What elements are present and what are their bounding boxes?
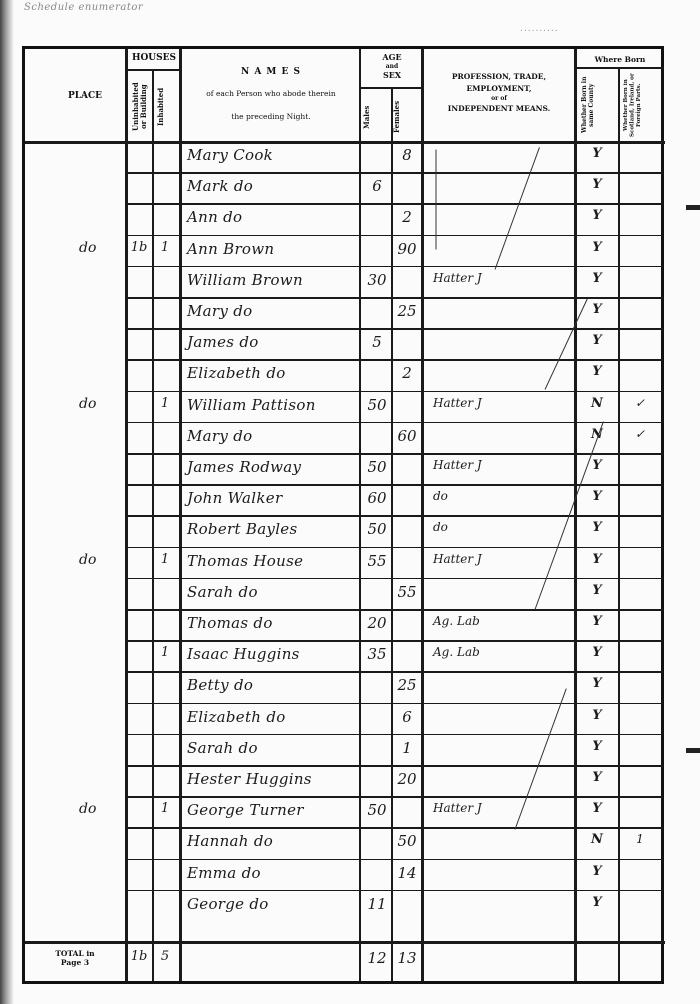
male-age-cell: 50 bbox=[362, 396, 392, 414]
inhabited-cell: 1 bbox=[153, 645, 177, 660]
header-sex: SEX bbox=[361, 71, 423, 80]
name-cell: Ann Brown bbox=[187, 240, 274, 258]
name-cell: Mark do bbox=[187, 177, 253, 195]
female-age-cell: 8 bbox=[392, 146, 422, 164]
male-age-cell: 50 bbox=[362, 458, 392, 476]
female-age-cell: 2 bbox=[392, 364, 422, 382]
total-inhabited: 5 bbox=[153, 949, 177, 964]
row-rule bbox=[125, 391, 663, 393]
born-same-county-cell: Y bbox=[577, 489, 617, 504]
column-rule bbox=[152, 71, 154, 981]
male-age-cell: 50 bbox=[362, 801, 392, 819]
row-rule bbox=[125, 515, 663, 517]
row-rule bbox=[125, 796, 663, 798]
margin-mark bbox=[686, 205, 700, 210]
female-age-cell: 20 bbox=[392, 770, 422, 788]
male-age-cell: 35 bbox=[362, 645, 392, 663]
header-profession-line1: PROFESSION, TRADE, bbox=[423, 71, 575, 83]
page-edge-shadow bbox=[0, 0, 14, 1004]
row-rule bbox=[125, 172, 663, 174]
male-age-cell: 55 bbox=[362, 552, 392, 570]
margin-mark bbox=[686, 748, 700, 753]
inhabited-cell: 1 bbox=[153, 240, 177, 255]
pencil-stroke bbox=[495, 147, 540, 270]
name-cell: George do bbox=[187, 895, 269, 913]
header-males: Males bbox=[363, 97, 391, 137]
row-rule bbox=[125, 297, 663, 299]
born-same-county-cell: Y bbox=[577, 895, 617, 910]
name-cell: George Turner bbox=[187, 801, 304, 819]
header-age: AGE bbox=[361, 53, 423, 62]
born-same-county-cell: Y bbox=[577, 739, 617, 754]
name-cell: Hannah do bbox=[187, 832, 273, 850]
total-label: TOTAL in Page 3 bbox=[35, 949, 115, 967]
female-age-cell: 1 bbox=[392, 739, 422, 757]
inhabited-cell: 1 bbox=[153, 552, 177, 567]
name-cell: William Brown bbox=[187, 271, 303, 289]
female-age-cell: 90 bbox=[392, 240, 422, 258]
row-rule bbox=[125, 640, 663, 642]
pencil-stroke bbox=[436, 150, 437, 250]
born-same-county-cell: Y bbox=[577, 770, 617, 785]
place-cell: do bbox=[79, 396, 96, 412]
place-cell: do bbox=[79, 552, 96, 568]
occupation-cell: Ag. Lab bbox=[433, 645, 480, 659]
row-rule bbox=[359, 87, 423, 89]
header-born-foreign: Whether Born in Scotland, Ireland, or Fo… bbox=[623, 71, 661, 139]
row-rule bbox=[125, 671, 663, 673]
female-age-cell: 6 bbox=[392, 708, 422, 726]
total-females: 13 bbox=[392, 949, 422, 967]
female-age-cell: 2 bbox=[392, 208, 422, 226]
male-age-cell: 6 bbox=[362, 177, 392, 195]
header-uninhabited: Uninhabited or Building bbox=[132, 79, 150, 135]
name-cell: Ann do bbox=[187, 208, 242, 226]
occupation-cell: Hatter J bbox=[433, 458, 482, 472]
name-cell: Mary Cook bbox=[187, 146, 273, 164]
total-males: 12 bbox=[362, 949, 392, 967]
born-same-county-cell: Y bbox=[577, 520, 617, 535]
uninhabited-cell: 1b bbox=[127, 240, 151, 255]
pencil-stroke bbox=[515, 688, 567, 829]
row-rule bbox=[125, 69, 181, 71]
place-cell: do bbox=[79, 801, 96, 817]
header-place: PLACE bbox=[45, 91, 125, 101]
name-cell: Thomas House bbox=[187, 552, 303, 570]
total-label-line1: TOTAL in bbox=[35, 949, 115, 958]
female-age-cell: 25 bbox=[392, 676, 422, 694]
male-age-cell: 60 bbox=[362, 489, 392, 507]
row-rule bbox=[125, 203, 663, 205]
row-rule bbox=[125, 609, 663, 611]
header-age-sex: AGE and SEX bbox=[361, 53, 423, 80]
name-cell: Mary do bbox=[187, 427, 252, 445]
born-foreign-cell: 1 bbox=[625, 832, 655, 846]
row-rule bbox=[125, 484, 663, 486]
born-same-county-cell: Y bbox=[577, 146, 617, 161]
row-rule bbox=[125, 703, 663, 705]
row-rule bbox=[25, 941, 665, 944]
born-same-county-cell: Y bbox=[577, 583, 617, 598]
born-same-county-cell: Y bbox=[577, 177, 617, 192]
header-houses: HOUSES bbox=[127, 53, 181, 63]
born-foreign-cell: ✓ bbox=[625, 427, 655, 441]
row-rule bbox=[125, 859, 663, 861]
name-cell: Emma do bbox=[187, 864, 261, 882]
born-same-county-cell: Y bbox=[577, 364, 617, 379]
female-age-cell: 14 bbox=[392, 864, 422, 882]
born-same-county-cell: Y bbox=[577, 708, 617, 723]
born-same-county-cell: Y bbox=[577, 552, 617, 567]
name-cell: Mary do bbox=[187, 302, 252, 320]
name-cell: Betty do bbox=[187, 676, 253, 694]
header-names-title: N A M E S bbox=[183, 67, 359, 77]
inhabited-cell: 1 bbox=[153, 801, 177, 816]
name-cell: James Rodway bbox=[187, 458, 301, 476]
row-rule bbox=[125, 328, 663, 330]
row-rule bbox=[125, 765, 663, 767]
census-sheet: PLACE HOUSES Uninhabited or Building Inh… bbox=[22, 46, 664, 984]
header-inhabited: Inhabited bbox=[157, 79, 173, 135]
born-same-county-cell: Y bbox=[577, 240, 617, 255]
row-rule bbox=[25, 141, 665, 144]
occupation-cell: Hatter J bbox=[433, 271, 482, 285]
name-cell: Isaac Huggins bbox=[187, 645, 300, 663]
row-rule bbox=[125, 235, 663, 237]
born-same-county-cell: Y bbox=[577, 271, 617, 286]
female-age-cell: 50 bbox=[392, 832, 422, 850]
occupation-cell: Hatter J bbox=[433, 396, 482, 410]
header-profession-line3: or of bbox=[423, 95, 575, 103]
top-mark: .......... bbox=[520, 24, 559, 34]
born-same-county-cell: Y bbox=[577, 458, 617, 473]
occupation-cell: do bbox=[433, 520, 448, 534]
born-same-county-cell: Y bbox=[577, 864, 617, 879]
row-rule bbox=[125, 359, 663, 361]
female-age-cell: 55 bbox=[392, 583, 422, 601]
row-rule bbox=[125, 453, 663, 455]
occupation-cell: Hatter J bbox=[433, 801, 482, 815]
inhabited-cell: 1 bbox=[153, 396, 177, 411]
name-cell: Elizabeth do bbox=[187, 364, 286, 382]
total-label-line2: Page 3 bbox=[35, 958, 115, 967]
row-rule bbox=[125, 734, 663, 736]
row-rule bbox=[125, 578, 663, 580]
row-rule bbox=[125, 827, 663, 829]
born-same-county-cell: Y bbox=[577, 645, 617, 660]
header-where-born: Where Born bbox=[577, 55, 663, 64]
female-age-cell: 60 bbox=[392, 427, 422, 445]
male-age-cell: 30 bbox=[362, 271, 392, 289]
female-age-cell: 25 bbox=[392, 302, 422, 320]
place-cell: do bbox=[79, 240, 96, 256]
occupation-cell: Ag. Lab bbox=[433, 614, 480, 628]
born-same-county-cell: Y bbox=[577, 208, 617, 223]
header-females: Females bbox=[393, 97, 421, 137]
total-uninhabited: 1b bbox=[127, 949, 151, 964]
occupation-cell: do bbox=[433, 489, 448, 503]
born-same-county-cell: N bbox=[577, 396, 617, 411]
name-cell: John Walker bbox=[187, 489, 282, 507]
row-rule bbox=[574, 67, 664, 69]
born-same-county-cell: Y bbox=[577, 676, 617, 691]
born-same-county-cell: Y bbox=[577, 333, 617, 348]
header-profession-line2: EMPLOYMENT, bbox=[423, 83, 575, 95]
male-age-cell: 5 bbox=[362, 333, 392, 351]
name-cell: Robert Bayles bbox=[187, 520, 297, 538]
male-age-cell: 20 bbox=[362, 614, 392, 632]
male-age-cell: 50 bbox=[362, 520, 392, 538]
corner-note: Schedule enumerator bbox=[24, 2, 143, 13]
row-rule bbox=[125, 890, 663, 892]
header-names-sub1: of each Person who abode therein bbox=[183, 89, 359, 98]
row-rule bbox=[125, 422, 663, 424]
born-same-county-cell: N bbox=[577, 832, 617, 847]
name-cell: Elizabeth do bbox=[187, 708, 286, 726]
born-same-county-cell: Y bbox=[577, 614, 617, 629]
column-rule bbox=[618, 69, 620, 981]
column-rule bbox=[391, 87, 393, 981]
name-cell: Sarah do bbox=[187, 739, 258, 757]
header-born-same-county: Whether Born in same County bbox=[581, 71, 619, 139]
header-profession-line4: INDEPENDENT MEANS. bbox=[423, 103, 575, 115]
name-cell: Thomas do bbox=[187, 614, 273, 632]
name-cell: James do bbox=[187, 333, 259, 351]
name-cell: William Pattison bbox=[187, 396, 316, 414]
name-cell: Sarah do bbox=[187, 583, 258, 601]
header-names-sub2: the preceding Night. bbox=[183, 112, 359, 121]
row-rule bbox=[125, 266, 663, 268]
row-rule bbox=[125, 547, 663, 549]
name-cell: Hester Huggins bbox=[187, 770, 312, 788]
born-foreign-cell: ✓ bbox=[625, 396, 655, 410]
occupation-cell: Hatter J bbox=[433, 552, 482, 566]
male-age-cell: 11 bbox=[362, 895, 392, 913]
born-same-county-cell: Y bbox=[577, 801, 617, 816]
header-profession: PROFESSION, TRADE, EMPLOYMENT, or of IND… bbox=[423, 71, 575, 115]
